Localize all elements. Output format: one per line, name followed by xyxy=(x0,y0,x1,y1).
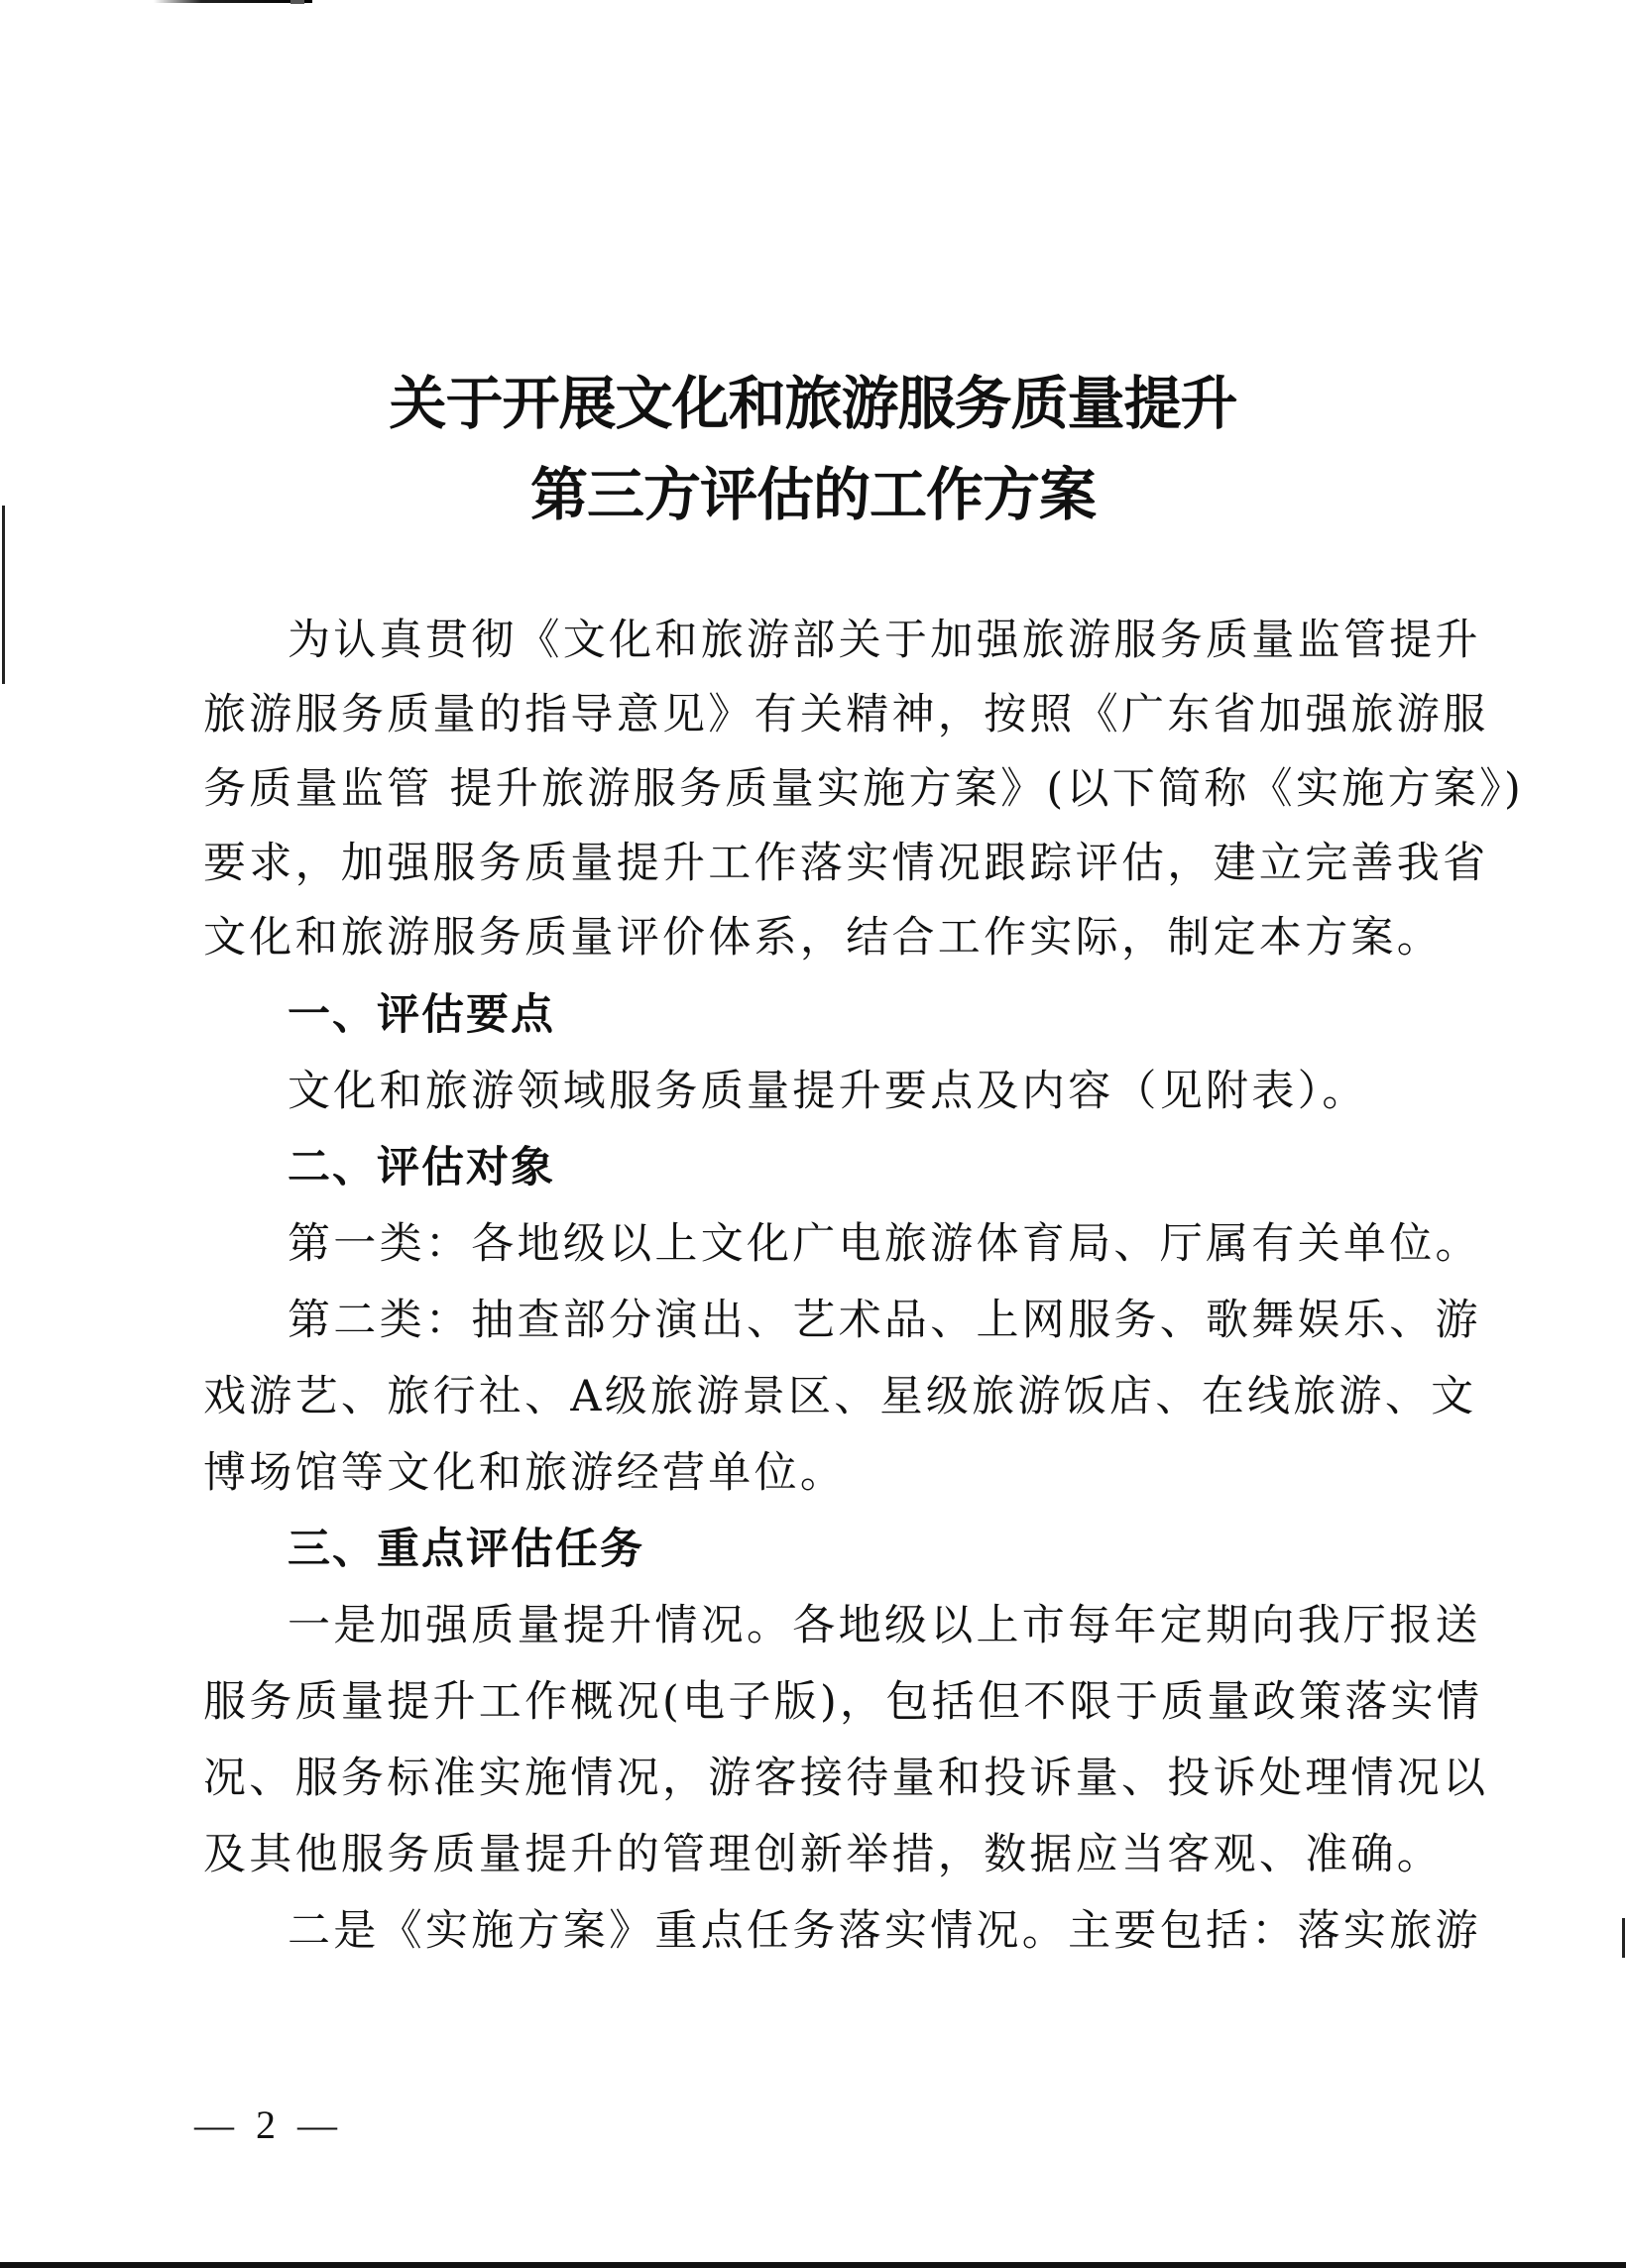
section-2-category-1: 第一类：各地级以上文化广电旅游体育局、厅属有关单位。 xyxy=(288,1223,1499,1266)
page-number: — 2 — xyxy=(194,2101,343,2148)
paragraph-intro-line-2: 旅游服务质量的指导意见》有关精神，按照《广东省加强旅游服 xyxy=(203,694,1415,737)
document-title-line-2: 第三方评估的工作方案 xyxy=(0,448,1626,531)
paragraph-intro-line-4: 要求，加强服务质量提升工作落实情况跟踪评估，建立完善我省 xyxy=(203,843,1415,885)
scan-edge-right xyxy=(1622,1918,1625,1958)
section-heading-3: 三、重点评估任务 xyxy=(288,1529,1499,1571)
section-heading-1: 一、评估要点 xyxy=(288,994,1499,1037)
section-3-item-2-line-1: 二是《实施方案》重点任务落实情况。主要包括：落实旅游 xyxy=(288,1910,1499,1953)
section-1-text: 文化和旅游领域服务质量提升要点及内容（见附表）。 xyxy=(288,1071,1499,1113)
scan-edge-bottom xyxy=(0,2262,1626,2268)
section-2-category-2-line-2: 戏游艺、旅行社、A级旅游景区、星级旅游饭店、在线旅游、文 xyxy=(203,1376,1415,1418)
section-3-item-1-line-4: 及其他服务质量提升的管理创新举措，数据应当客观、准确。 xyxy=(203,1834,1415,1876)
document-title-line-1: 关于开展文化和旅游服务质量提升 xyxy=(0,357,1626,440)
section-3-item-1-line-2: 服务质量提升工作概况(电子版)，包括但不限于质量政策落实情 xyxy=(203,1681,1415,1724)
scan-edge-left xyxy=(2,506,5,684)
scan-edge-top-mark xyxy=(290,0,304,4)
section-heading-2: 二、评估对象 xyxy=(288,1147,1499,1190)
section-2-category-2-line-3: 博场馆等文化和旅游经营单位。 xyxy=(203,1452,1415,1495)
paragraph-intro-line-3: 务质量监管 提升旅游服务质量实施方案》(以下简称《实施方案》) xyxy=(203,768,1415,811)
section-3-item-1-line-1: 一是加强质量提升情况。各地级以上市每年定期向我厅报送 xyxy=(288,1605,1499,1647)
section-2-category-2-line-1: 第二类：抽查部分演出、艺术品、上网服务、歌舞娱乐、游 xyxy=(288,1300,1499,1342)
scan-edge-top xyxy=(154,0,312,3)
paragraph-intro-line-1: 为认真贯彻《文化和旅游部关于加强旅游服务质量监管提升 xyxy=(288,620,1499,662)
section-3-item-1-line-3: 况、服务标准实施情况，游客接待量和投诉量、投诉处理情况以 xyxy=(203,1758,1415,1800)
paragraph-intro-line-5: 文化和旅游服务质量评价体系，结合工作实际，制定本方案。 xyxy=(203,917,1415,960)
